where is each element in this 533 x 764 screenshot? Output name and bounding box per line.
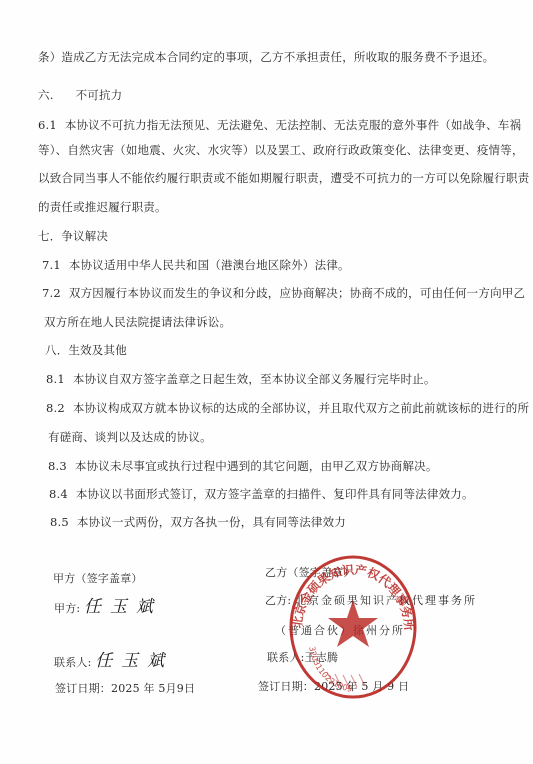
party-a-date-value: 2025 年 5月9日 [111,682,195,695]
line-text: 条）造成乙方无法完成本合同约定的事项，乙方不承担责任，所收取的服务费不予退还。 [38,50,494,64]
clause-7-2: 7.2双方因履行本协议而发生的争议和分歧，应协商解决；协商不成的，可由任何一方向… [42,286,525,300]
party-b-date-row: 签订日期：2025 年 5 月 9 日 [258,680,409,694]
party-a-date-label: 签订日期： [55,682,111,695]
clause-6-1-line-4: 的责任或推迟履行职责。 [38,200,167,214]
clause-number: 8.5 [50,515,69,529]
section-title: 不可抗力 [76,88,123,102]
line-text: 等）、自然灾害（如地震、火灾、水灾等）以及罢工、政府行政政策变化、法律变更、疫情… [38,143,524,157]
section-title: 八．生效及其他 [45,343,127,357]
clause-8-2: 8.2本协议构成双方就本协议标的达成的全部协议，并且取代双方之前此前就该标的进行… [46,401,529,415]
party-b-name-row: 乙方: 北京金硕果知识产权代理事务所 [265,594,477,608]
party-b-date-label: 签订日期： [258,680,314,693]
clause-6-1: 6.1本协议不可抗力指无法预见、无法避免、无法控制、无法克服的意外事件（如战争、… [38,118,521,132]
party-a-contact-signature: 任玉斌 [95,651,173,671]
section-6-heading: 六.不可抗力 [38,88,122,102]
party-b-contact-label: 联系人: [267,651,305,664]
clause-8-1: 8.1本协议自双方签字盖章之日起生效，至本协议全部义务履行完毕时止。 [46,372,436,386]
clause-number: 8.1 [46,372,65,386]
party-b-contact-row: 联系人:王志腾 [267,651,338,665]
line-text: 本协议适用中华人民共和国（港澳台地区除外）法律。 [69,258,350,272]
line-text: 有磋商、谈判以及达成的协议。 [48,430,212,444]
clause-7-1: 7.1本协议适用中华人民共和国（港澳台地区除外）法律。 [42,258,350,272]
party-a-contact-label: 联系人: [54,656,92,669]
clause-5-continuation: 条）造成乙方无法完成本合同约定的事项，乙方不承担责任，所收取的服务费不予退还。 [38,50,494,64]
party-b-name-line-2: （普通合伙）徐州分所 [275,624,405,638]
party-a-handwritten-signature: 任玉斌 [84,597,162,617]
party-a-date-row: 签订日期：2025 年 5月9日 [55,682,195,696]
section-title: 七．争议解决 [38,229,108,243]
clause-8-2-line-2: 有磋商、谈判以及达成的协议。 [48,430,212,444]
line-text: 双方所在地人民法院提请法律诉讼。 [44,315,231,329]
clause-number: 8.2 [46,401,65,415]
party-a-name-row: 甲方: 任玉斌 [54,600,162,616]
clause-6-1-line-2: 等）、自然灾害（如地震、火灾、水灾等）以及罢工、政府行政政策变化、法律变更、疫情… [38,143,524,157]
line-text: 以致合同当事人不能依约履行职责或不能如期履行职责，遭受不可抗力的一方可以免除履行… [38,171,529,185]
clause-number: 8.3 [48,459,67,473]
party-a-contact-row: 联系人: 任玉斌 [54,654,173,670]
section-8-heading: 八．生效及其他 [45,343,127,357]
seal-arc-text: 北京金硕果知识产权代理事务所徐州分所 [287,552,417,631]
line-text: 本协议自双方签字盖章之日起生效，至本协议全部义务履行完毕时止。 [73,372,436,386]
line-text: 本协议以书面形式签订，双方签字盖章的扫描件、复印件具有同等法律效力。 [76,487,474,501]
section-7-heading: 七．争议解决 [38,229,108,243]
party-b-name: 北京金硕果知识产权代理事务所 [295,594,477,607]
line-text: 双方因履行本协议而发生的争议和分歧，应协商解决；协商不成的，可由任何一方向甲乙 [69,286,525,300]
line-text: 本协议构成双方就本协议标的达成的全部协议，并且取代双方之前此前就该标的进行的所 [73,401,529,415]
party-b-contact-value: 王志腾 [305,651,339,664]
line-text: 本协议一式两份，双方各执一份，具有同等法律效力 [77,515,346,529]
party-b-name-label: 乙方: [265,594,291,607]
party-b-heading: 乙方（签字盖章） [265,566,355,580]
clause-6-1-line-3: 以致合同当事人不能依约履行职责或不能如期履行职责，遭受不可抗力的一方可以免除履行… [38,171,529,185]
clause-number: 7.1 [42,258,61,272]
clause-7-2-line-2: 双方所在地人民法院提请法律诉讼。 [44,315,231,329]
line-text: 的责任或推迟履行职责。 [38,200,167,214]
clause-number: 7.2 [42,286,61,300]
clause-8-5: 8.5本协议一式两份，双方各执一份，具有同等法律效力 [50,515,346,529]
section-number: 六. [38,88,54,102]
party-a-name-label: 甲方: [54,602,80,615]
party-a-heading: 甲方（签字盖章） [53,572,143,586]
clause-8-3: 8.3本协议未尽事宜或执行过程中遇到的其它问题，由甲乙双方协商解决。 [48,459,438,473]
line-text: 本协议未尽事宜或执行过程中遇到的其它问题，由甲乙双方协商解决。 [75,459,438,473]
party-b-date-value: 2025 年 5 月 9 日 [314,680,409,693]
svg-text:北京金硕果知识产权代理事务所徐州分所: 北京金硕果知识产权代理事务所徐州分所 [287,552,417,631]
line-text: 本协议不可抗力指无法预见、无法避免、无法控制、无法克服的意外事件（如战争、车祸 [65,118,521,132]
clause-number: 6.1 [38,118,57,132]
clause-8-4: 8.4本协议以书面形式签订，双方签字盖章的扫描件、复印件具有同等法律效力。 [49,487,474,501]
clause-number: 8.4 [49,487,68,501]
